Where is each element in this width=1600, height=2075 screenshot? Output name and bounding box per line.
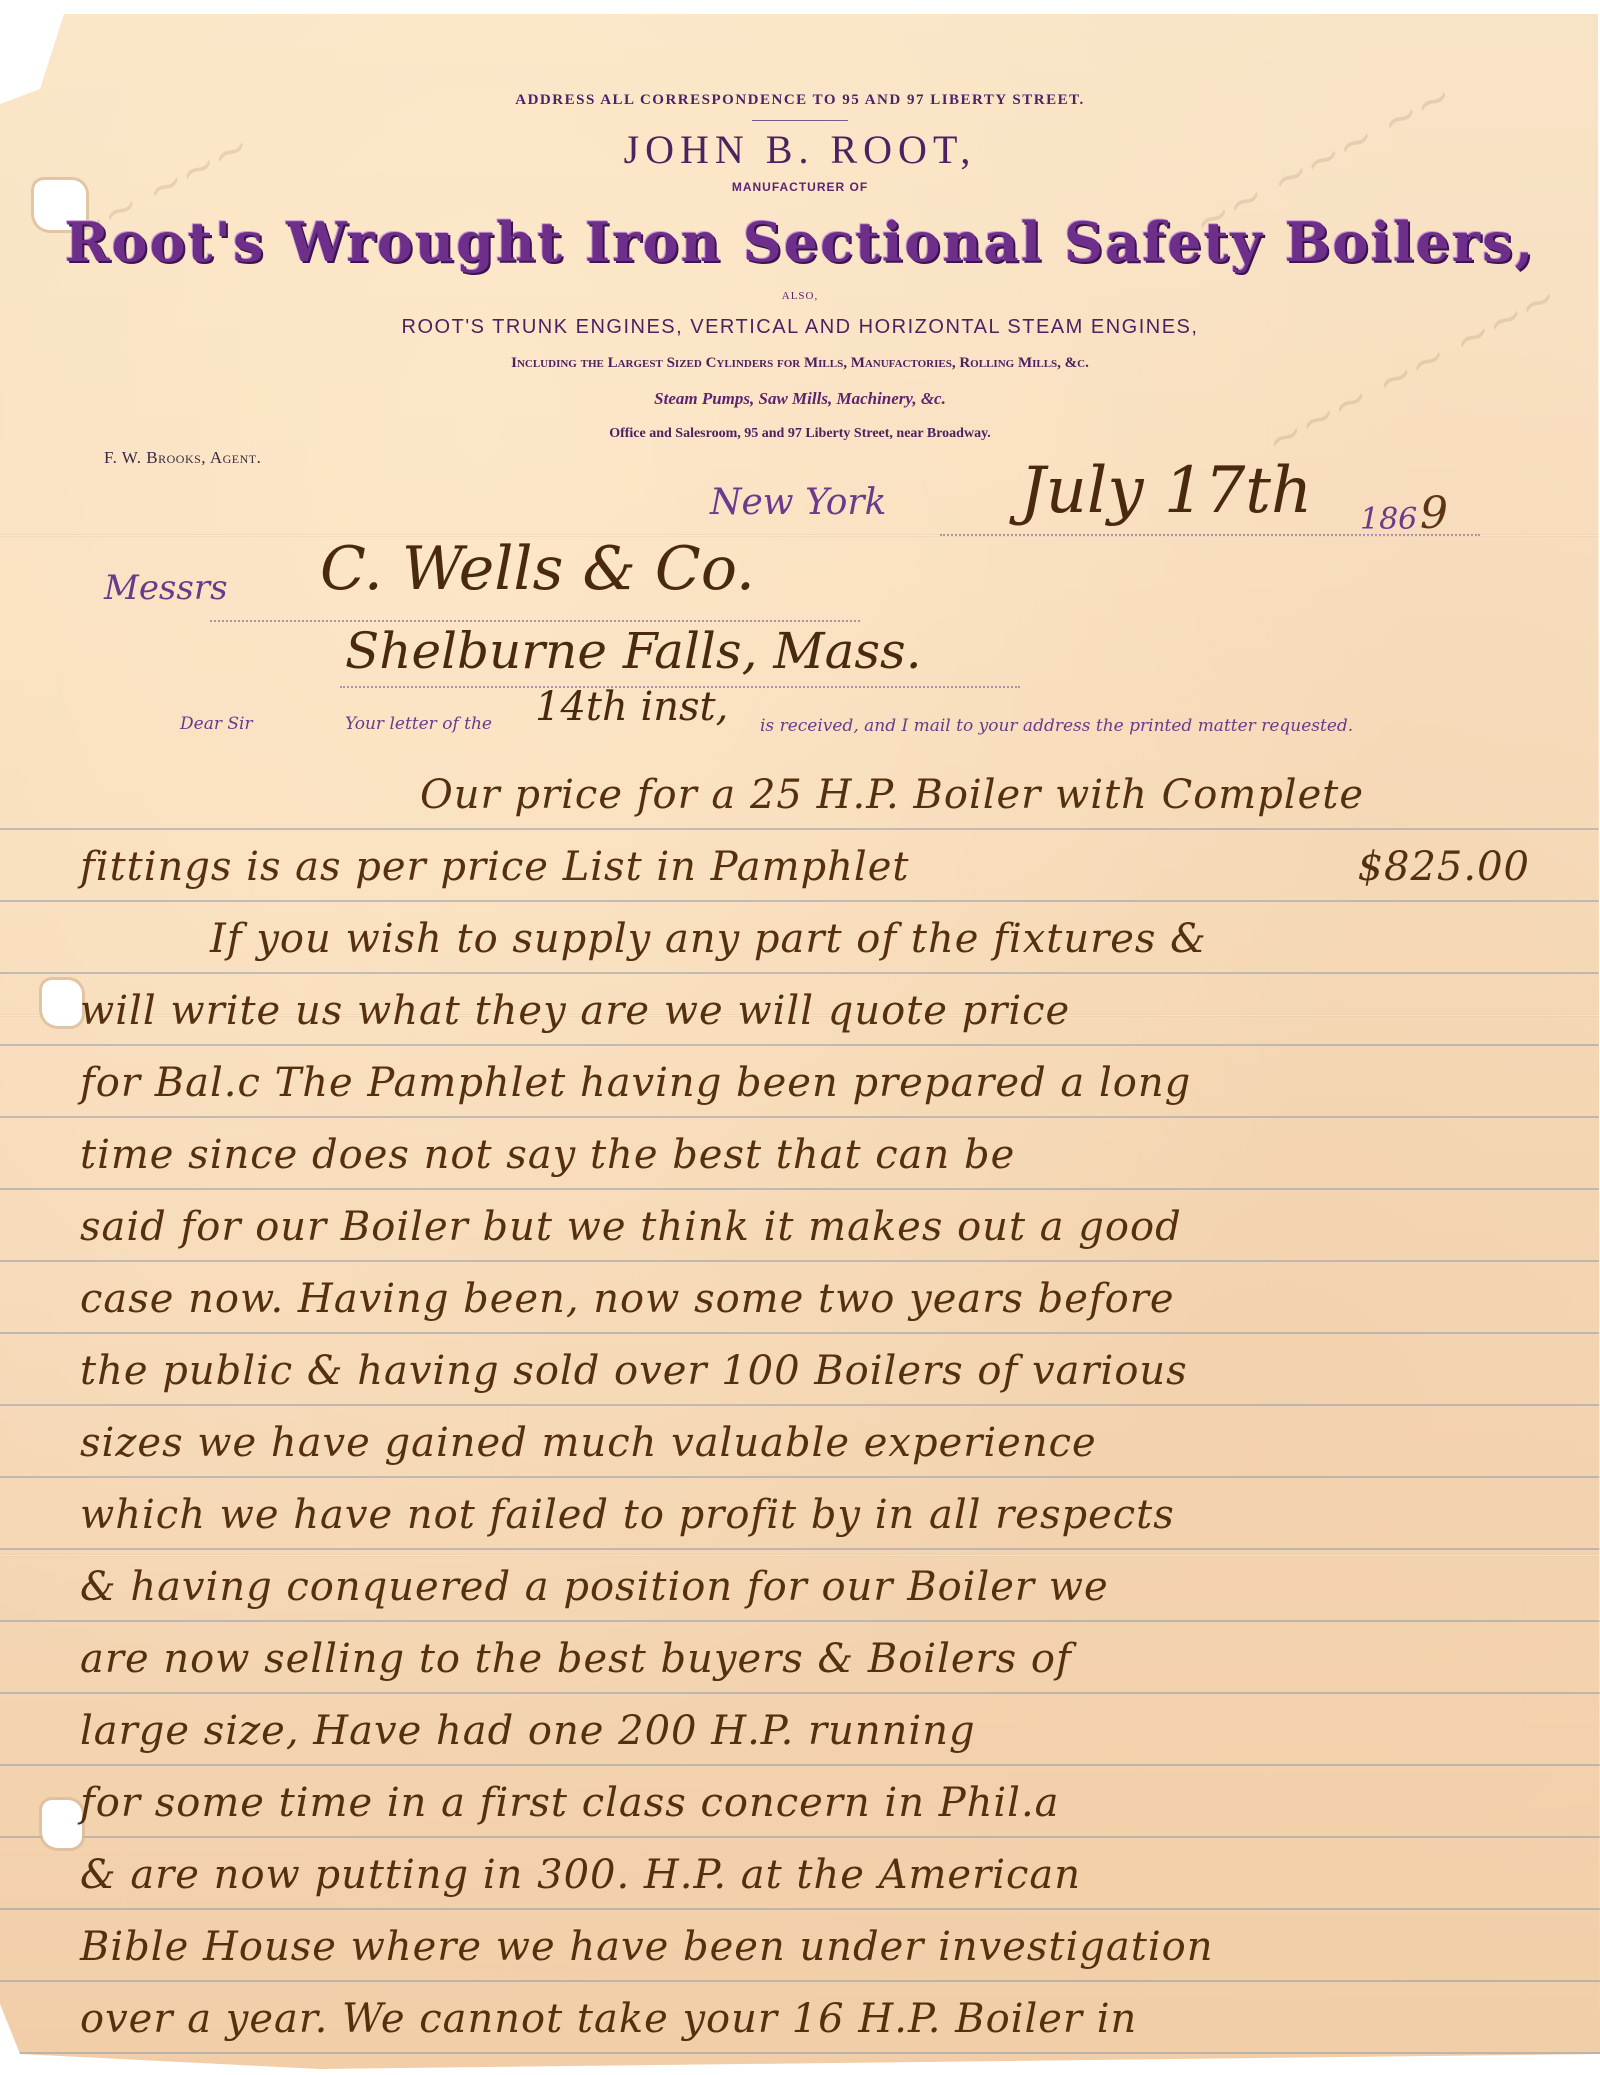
letterhead-address-line: ADDRESS ALL CORRESPONDENCE TO 95 AND 97 … — [0, 92, 1600, 109]
letter-line: case now. Having been, now some two year… — [0, 1276, 1600, 1348]
letter-line-text: large size, Have had one 200 H.P. runnin… — [80, 1708, 976, 1754]
form-your-letter-of-the: Your letter of the — [345, 714, 492, 734]
letter-line: for Bal.c The Pamphlet having been prepa… — [0, 1060, 1600, 1132]
letterhead-pumps: Steam Pumps, Saw Mills, Machinery, &c. — [0, 389, 1600, 409]
letter-line: said for our Boiler but we think it make… — [0, 1204, 1600, 1276]
letter-line-text: & are now putting in 300. H.P. at the Am… — [80, 1852, 1081, 1898]
letter-line: Bible House where we have been under inv… — [0, 1924, 1600, 1996]
letter-line-text: are now selling to the best buyers & Boi… — [80, 1636, 1072, 1682]
letter-line-text: said for our Boiler but we think it make… — [80, 1204, 1182, 1250]
letter-line: time since does not say the best that ca… — [0, 1132, 1600, 1204]
dateline-year-printed: 186 — [1360, 502, 1417, 537]
letter-line: large size, Have had one 200 H.P. runnin… — [0, 1708, 1600, 1780]
letter-line: & are now putting in 300. H.P. at the Am… — [0, 1852, 1600, 1924]
letter-line: & having conquered a position for our Bo… — [0, 1564, 1600, 1636]
form-received-text: is received, and I mail to your address … — [760, 716, 1353, 736]
dateline-month-day: July 17th — [1020, 454, 1312, 528]
letter-line: will write us what they are we will quot… — [0, 988, 1600, 1060]
letter-line-text: fittings is as per price List in Pamphle… — [80, 844, 909, 890]
dateline-city: New York — [710, 482, 886, 523]
letter-line: the public & having sold over 100 Boiler… — [0, 1348, 1600, 1420]
letter-line-text: for some time in a first class concern i… — [80, 1780, 1060, 1826]
letter-line: Our price for a 25 H.P. Boiler with Comp… — [0, 772, 1600, 844]
letter-line-text: sizes we have gained much valuable exper… — [80, 1420, 1097, 1466]
letter-line-text: Our price for a 25 H.P. Boiler with Comp… — [420, 772, 1364, 818]
letter-line: which we have not failed to profit by in… — [0, 1492, 1600, 1564]
addressee-name: C. Wells & Co. — [320, 534, 755, 604]
letterhead-engines: ROOT'S TRUNK ENGINES, VERTICAL AND HORIZ… — [0, 316, 1600, 339]
letterhead-also: ALSO, — [0, 290, 1600, 302]
letter-line: fittings is as per price List in Pamphle… — [0, 844, 1600, 916]
letter-line: over a year. We cannot take your 16 H.P.… — [0, 1996, 1600, 2068]
letter-line-text: the public & having sold over 100 Boiler… — [80, 1348, 1188, 1394]
addressee-location: Shelburne Falls, Mass. — [345, 622, 922, 680]
price-amount: $825.00 — [1358, 844, 1530, 890]
letter-line-text: will write us what they are we will quot… — [80, 988, 1070, 1034]
letter-line-text: which we have not failed to profit by in… — [80, 1492, 1175, 1538]
letter-sheet: ~~ ~~~ ~~ ~~~ ~~ ~~~ ~~ ~~~ ADDRESS ALL … — [0, 14, 1600, 2069]
form-letter-date: 14th inst, — [535, 684, 728, 730]
letter-line-text: case now. Having been, now some two year… — [80, 1276, 1175, 1322]
form-dear-sir: Dear Sir — [180, 714, 253, 734]
letterhead-proprietor: JOHN B. ROOT, — [0, 126, 1600, 173]
letterhead-office: Office and Salesroom, 95 and 97 Liberty … — [0, 426, 1600, 442]
letter-line: sizes we have gained much valuable exper… — [0, 1420, 1600, 1492]
letterhead-including: Including the Largest Sized Cylinders fo… — [0, 355, 1600, 372]
letter-line-text: If you wish to supply any part of the fi… — [210, 916, 1207, 962]
letterhead-product-title: Root's Wrought Iron Sectional Safety Boi… — [0, 210, 1600, 274]
letter-line: are now selling to the best buyers & Boi… — [0, 1636, 1600, 1708]
salutation-messrs: Messrs — [104, 568, 228, 608]
letterhead-divider — [752, 120, 848, 121]
letter-line-text: Bible House where we have been under inv… — [80, 1924, 1213, 1970]
letter-line: If you wish to supply any part of the fi… — [0, 916, 1600, 988]
letter-line-text: for Bal.c The Pamphlet having been prepa… — [80, 1060, 1191, 1106]
letter-line-text: & having conquered a position for our Bo… — [80, 1564, 1109, 1610]
letter-line-text: time since does not say the best that ca… — [80, 1132, 1015, 1178]
letter-line-text: over a year. We cannot take your 16 H.P.… — [80, 1996, 1137, 2042]
dateline-year-handwritten: 9 — [1420, 488, 1448, 539]
letterhead-manufacturer-of: MANUFACTURER OF — [0, 180, 1600, 194]
letter-line: for some time in a first class concern i… — [0, 1780, 1600, 1852]
letterhead-agent: F. W. Brooks, Agent. — [104, 448, 261, 468]
